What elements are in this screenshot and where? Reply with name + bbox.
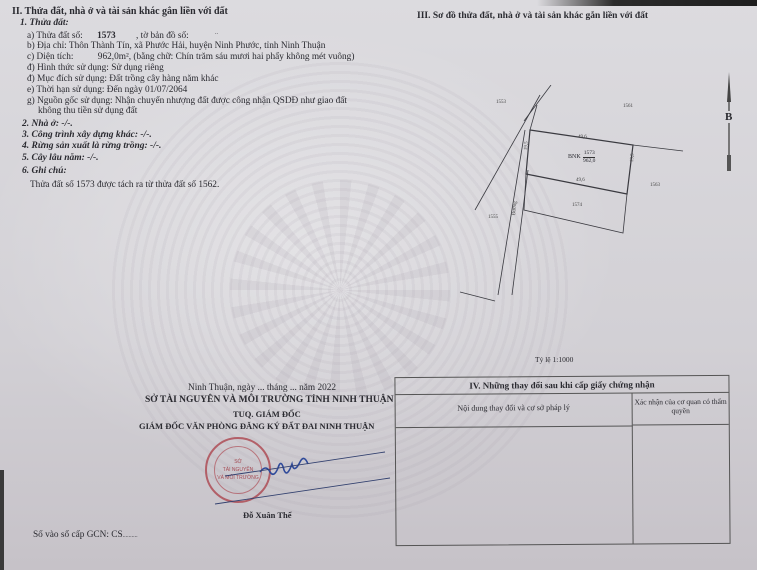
map-sheet-label: , tờ bản đồ số: bbox=[136, 31, 189, 41]
edge-length-bottom: 49,6 bbox=[576, 178, 585, 183]
signer-title: GIÁM ĐỐC VĂN PHÒNG ĐĂNG KÝ ĐẤT ĐAI NINH … bbox=[139, 421, 374, 431]
registry-number: Số vào sổ cấp GCN: CS.......... bbox=[33, 530, 138, 540]
usage-purpose-row: đ) Mục đích sử dụng: Đất trồng cây hàng … bbox=[27, 74, 218, 84]
section-ii-title: II. Thửa đất, nhà ở và tài sản khác gắn … bbox=[12, 6, 228, 17]
signer-name: Đỗ Xuân Thể bbox=[243, 510, 292, 520]
origin-row: g) Nguồn gốc sử dụng: Nhận chuyển nhượng… bbox=[27, 96, 347, 106]
tuq-director: TUQ. GIÁM ĐỐC bbox=[233, 409, 301, 419]
item4-forest: 4. Rừng sản xuất là rừng trồng: -/-. bbox=[22, 141, 161, 151]
neighbor-label-1555: 1555 bbox=[488, 215, 498, 220]
authority-column-header: Xác nhận của cơ quan có thẩm quyền bbox=[633, 393, 729, 426]
notes-text: Thửa đất số 1573 được tách ra từ thửa đấ… bbox=[30, 180, 219, 190]
handwritten-signature bbox=[205, 440, 395, 510]
parcel-number-row: a) Thửa đất số: 1573 , tờ bản đồ số: .. bbox=[27, 30, 218, 41]
parcel-code: BNK bbox=[568, 154, 581, 160]
address-row: b) Địa chỉ: Thôn Thành Tín, xã Phước Hải… bbox=[27, 41, 325, 51]
neighbor-label-1563: 1563 bbox=[650, 183, 660, 188]
area-value: 962,0m², (bằng chữ: Chín trăm sáu mươi h… bbox=[98, 52, 355, 62]
north-arrow-icon bbox=[722, 70, 736, 180]
item3-construction: 3. Công trình xây dựng khác: -/-. bbox=[22, 130, 152, 140]
area-row: c) Diện tích: 962,0m², (bằng chữ: Chín t… bbox=[27, 52, 354, 62]
area-label: c) Diện tích: bbox=[27, 52, 73, 62]
section-iii-title: III. Sơ đồ thửa đất, nhà ở và tài sản kh… bbox=[417, 11, 648, 21]
changes-table: IV. Những thay đổi sau khi cấp giấy chứn… bbox=[394, 375, 730, 546]
registry-label: Số vào sổ cấp GCN: CS bbox=[33, 530, 123, 540]
map-scale: Tỷ lệ 1:1000 bbox=[535, 355, 573, 364]
map-sheet-value: .. bbox=[215, 30, 218, 36]
edge-length-right: 19,5 bbox=[630, 153, 636, 162]
issuing-org: SỞ TÀI NGUYÊN VÀ MÔI TRƯỜNG TỈNH NINH TH… bbox=[145, 395, 393, 405]
registry-value: .......... bbox=[123, 533, 138, 539]
north-label: B bbox=[725, 111, 732, 123]
parcel-number-value: 1573 bbox=[97, 31, 116, 41]
issue-date-line: Ninh Thuận, ngày ... tháng ... năm 2022 bbox=[188, 383, 336, 393]
left-edge-shadow bbox=[0, 470, 4, 570]
certificate-page: II. Thửa đất, nhà ở và tài sản khác gắn … bbox=[0, 0, 757, 570]
item2-house: 2. Nhà ở: -/-. bbox=[22, 119, 73, 129]
parcel-fraction: 1573 962,0 bbox=[583, 150, 595, 165]
usage-form-row: đ) Hình thức sử dụng: Sử dụng riêng bbox=[27, 63, 164, 73]
top-edge-shadow bbox=[537, 0, 757, 6]
parcel-number-label: a) Thửa đất số: bbox=[27, 31, 83, 41]
item6-notes-title: 6. Ghi chú: bbox=[22, 166, 67, 176]
edge-length-left: 19,5 bbox=[524, 141, 530, 150]
parcel-fraction-area: 962,0 bbox=[583, 158, 595, 165]
neighbor-label-1553: 1553 bbox=[496, 100, 506, 105]
watermark-drum-center bbox=[230, 180, 450, 400]
authority-confirmation-cell bbox=[633, 426, 730, 544]
item5-perennial: 5. Cây lâu năm: -/-. bbox=[22, 153, 99, 163]
parcel-map bbox=[440, 85, 700, 305]
changes-column-header: Nội dung thay đổi và cơ sở pháp lý bbox=[396, 394, 633, 429]
origin-row-cont: không thu tiền sử dụng đất bbox=[38, 106, 137, 116]
changes-content-cell bbox=[396, 427, 634, 546]
neighbor-label-1561: 1561 bbox=[623, 104, 633, 109]
neighbor-label-1574: 1574 bbox=[572, 203, 582, 208]
item1-title: 1. Thửa đất: bbox=[20, 18, 69, 28]
parcel-fraction-number: 1573 bbox=[583, 150, 595, 158]
edge-length-top: 49,6 bbox=[578, 135, 587, 140]
usage-term-row: e) Thời hạn sử dụng: Đến ngày 01/07/2064 bbox=[27, 85, 187, 95]
